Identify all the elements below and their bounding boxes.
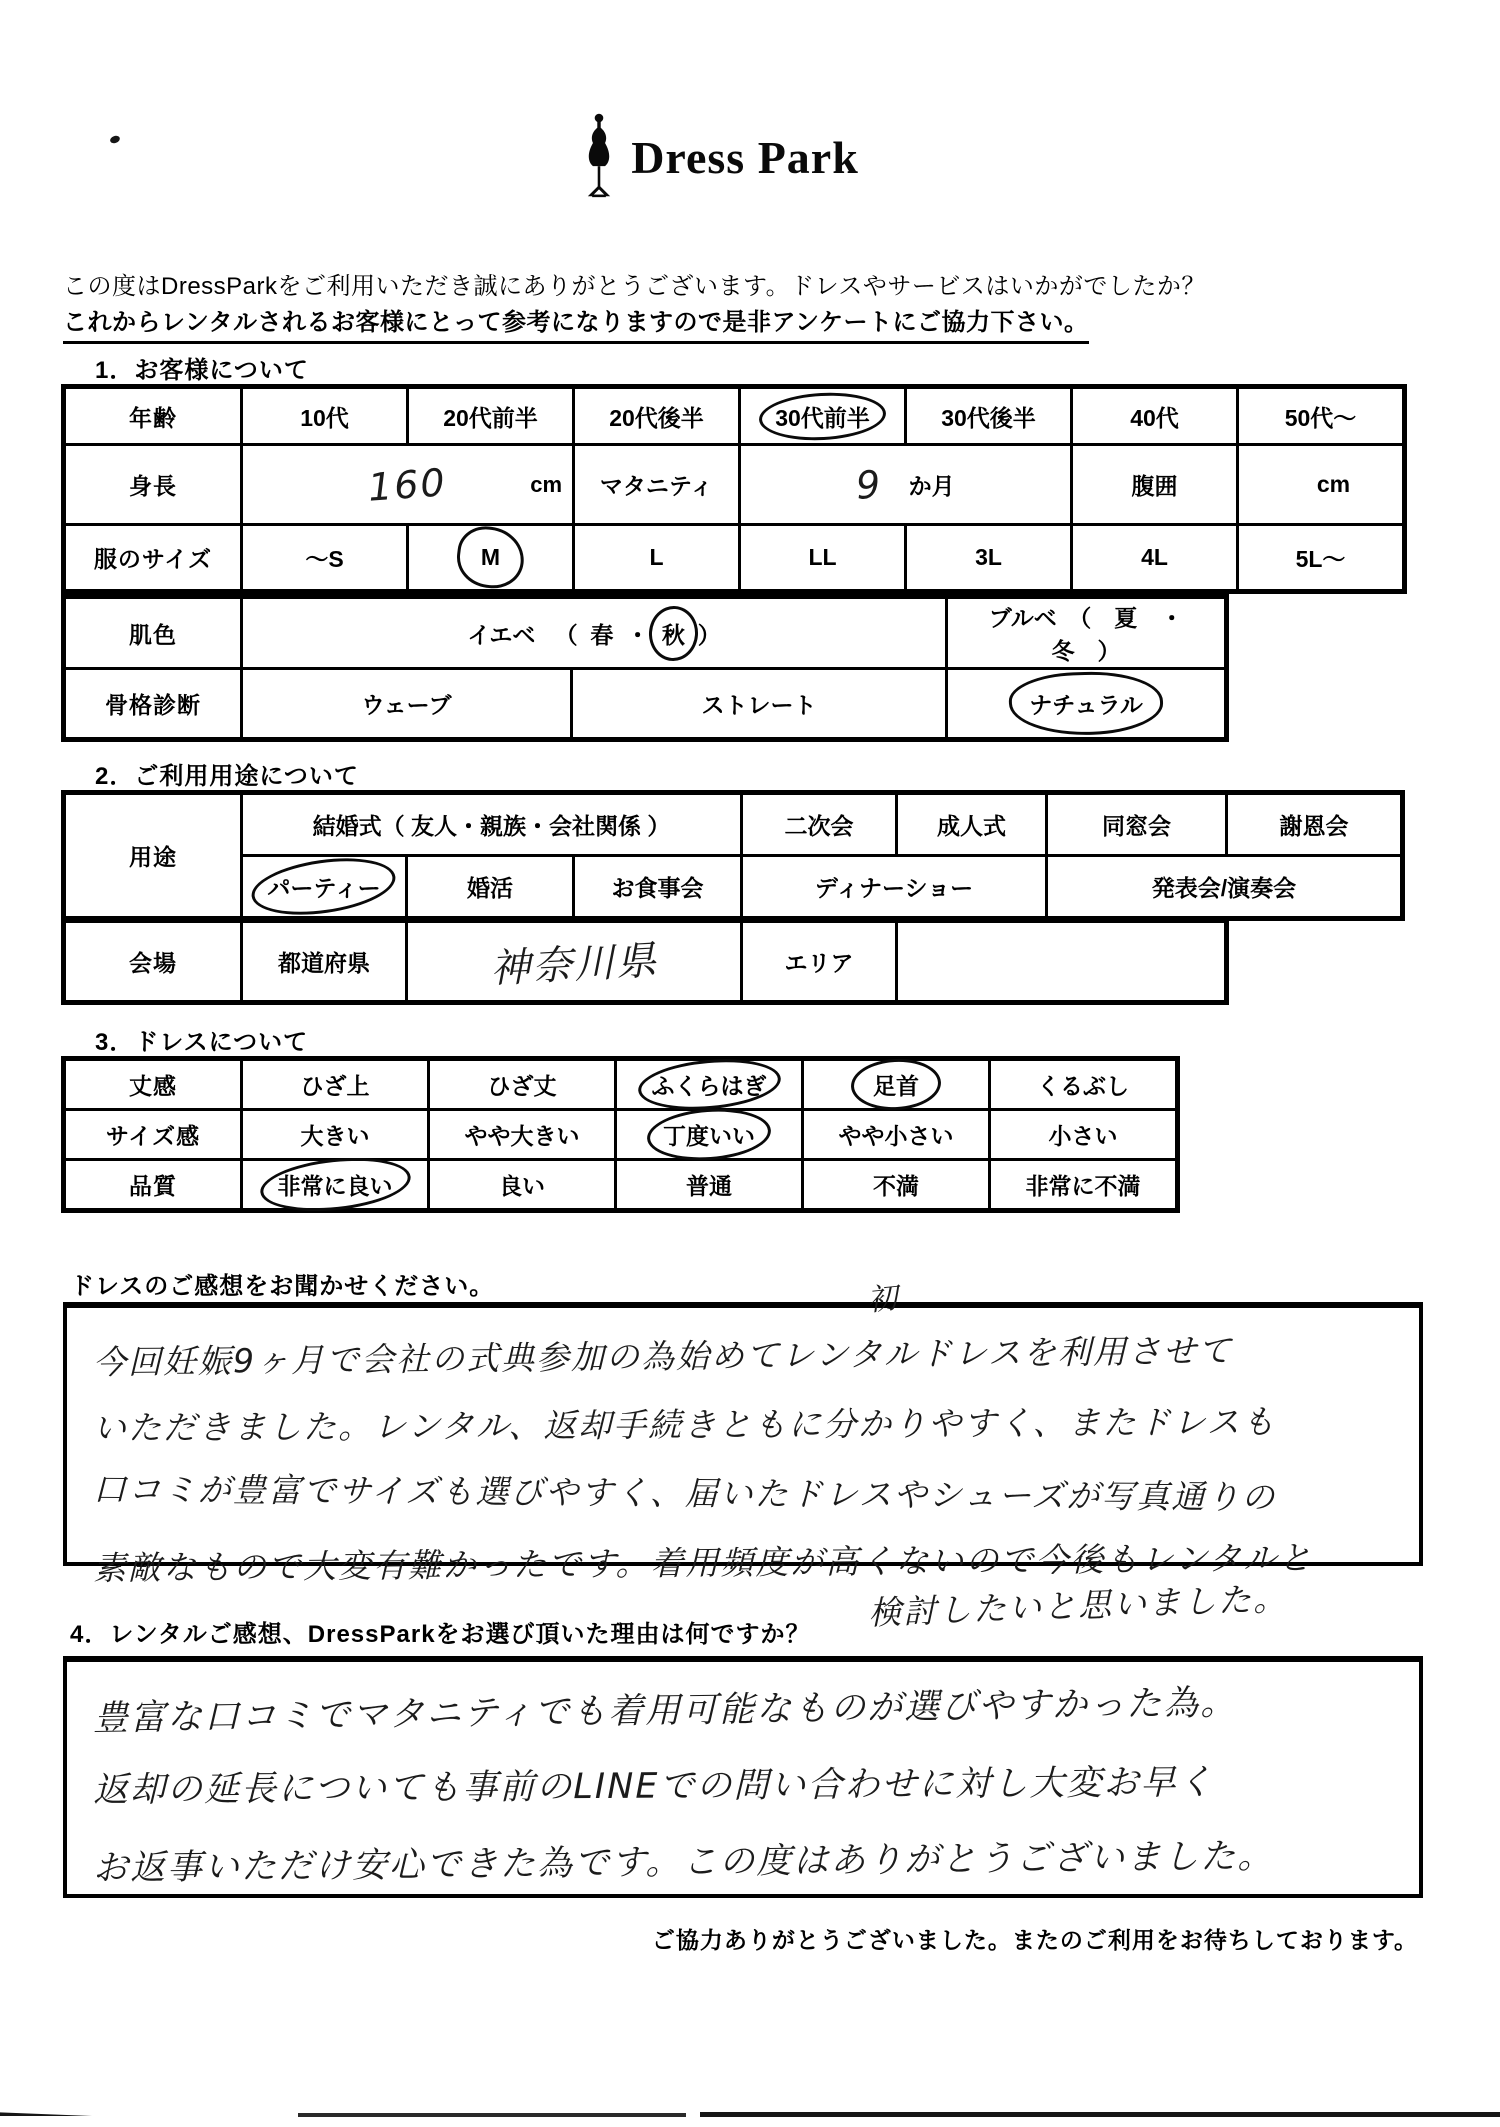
section3-title: 3．ドレスについて (95, 1022, 308, 1057)
fit-row: サイズ感 大きい やや大きい 丁度いい やや小さい 小さい (65, 1110, 1177, 1160)
handwritten-line: 豊富な口コミでマタニティでも着用可能なものが選びやすかった為。 (93, 1673, 1394, 1741)
height-row: 身長 160 cm マタニティ 9 か月 腹囲 cm (65, 445, 1404, 525)
fit-option: 大きい (301, 1123, 370, 1149)
fit-option: 小さい (1049, 1123, 1118, 1149)
fit-option: やや大きい (465, 1123, 580, 1149)
customer-table-sub: 肌色 イエベ （ 春 ・ 秋 ） ブルベ （ 夏 ・ 冬 ） 骨格診断 ウェーブ… (63, 596, 1227, 740)
age-option: 10代 (300, 405, 349, 431)
usage-option: 二次会 (785, 813, 854, 839)
scan-artifact-line (700, 2112, 1500, 2117)
handwritten-line: 今回妊娠9ヶ月で会社の式典参加の為始めてレンタルドレスを利用させて (93, 1323, 1393, 1384)
skeleton-option: ストレート (702, 692, 817, 718)
length-option: くるぶし (1037, 1073, 1129, 1099)
venue-label: 会場 (65, 922, 242, 1002)
usage-table: 用途 結婚式（ 友人・親族・会社関係 ） 二次会 成人式 同窓会 謝恩会 パーテ… (63, 792, 1403, 919)
age-option: 20代後半 (609, 405, 704, 431)
usage-option-selected: パーティー (267, 870, 380, 903)
skin-spring: 春 (590, 622, 613, 648)
waist-label: 腹囲 (1072, 445, 1238, 525)
height-value-handwritten: 160 (367, 460, 448, 509)
length-option: ひざ丈 (488, 1073, 557, 1099)
usage-label: 用途 (65, 794, 242, 918)
brand-name: Dress Park (631, 131, 859, 184)
size-option: LL (808, 544, 836, 570)
fit-label: サイズ感 (65, 1110, 242, 1160)
age-option: 50代～ (1285, 405, 1357, 431)
area-label: エリア (742, 922, 897, 1002)
skeleton-option: ウェーブ (362, 692, 452, 718)
age-option-selected: 30代前半 (775, 400, 870, 433)
skin-label: 肌色 (65, 598, 242, 669)
age-row: 年齢 10代 20代前半 20代後半 30代前半 30代後半 40代 50代～ (65, 388, 1404, 445)
usage-row-1: 用途 結婚式（ 友人・親族・会社関係 ） 二次会 成人式 同窓会 謝恩会 (65, 794, 1402, 856)
usage-option: 謝恩会 (1280, 813, 1349, 839)
length-option: ひざ上 (301, 1073, 370, 1099)
maternity-unit: か月 (909, 468, 955, 501)
customer-table-main: 年齢 10代 20代前半 20代後半 30代前半 30代後半 40代 50代～ … (63, 386, 1405, 592)
intro-line-1: この度はDressParkをご利用いただき誠にありがとうございます。ドレスやサー… (63, 266, 1206, 301)
age-option: 40代 (1130, 405, 1179, 431)
size-option: 5L～ (1296, 546, 1346, 572)
dress-form-icon (581, 112, 617, 203)
length-row: 丈感 ひざ上 ひざ丈 ふくらはぎ 足首 くるぶし (65, 1060, 1177, 1110)
handwritten-line: お返事いただけ安心できた為です。この度はありがとうございました。 (93, 1827, 1393, 1891)
waist-unit: cm (1317, 471, 1350, 498)
maternity-value-handwritten: 9 (855, 462, 884, 508)
venue-row: 会場 都道府県 神奈川県 エリア (65, 922, 1226, 1002)
length-label: 丈感 (65, 1060, 242, 1110)
skin-autumn-selected: 秋 (662, 617, 685, 650)
size-option: 3L (975, 544, 1002, 570)
size-option: L (649, 544, 663, 570)
venue-table: 会場 都道府県 神奈川県 エリア (63, 920, 1227, 1003)
quality-option: 非常に不満 (1026, 1173, 1141, 1199)
skeleton-row: 骨格診断 ウェーブ ストレート ナチュラル (65, 669, 1226, 739)
dress-table: 丈感 ひざ上 ひざ丈 ふくらはぎ 足首 くるぶし サイズ感 大きい やや大きい … (63, 1058, 1178, 1211)
usage-option: ディナーショー (815, 875, 973, 901)
prefecture-label: 都道府県 (242, 922, 407, 1002)
quality-label: 品質 (65, 1160, 242, 1210)
feedback-box-2: 豊富な口コミでマタニティでも着用可能なものが選びやすかった為。 返却の延長につい… (63, 1656, 1423, 1898)
intro-line-2: これからレンタルされるお客様にとって参考になりますので是非アンケートにご協力下さ… (63, 302, 1089, 344)
quality-option-selected: 非常に良い (278, 1168, 393, 1201)
fit-option-selected: 丁度いい (663, 1118, 755, 1151)
height-label: 身長 (65, 445, 242, 525)
feedback-box-1: 初 今回妊娠9ヶ月で会社の式典参加の為始めてレンタルドレスを利用させて いただき… (63, 1302, 1423, 1566)
size-row: 服のサイズ ～S M L LL 3L 4L 5L～ (65, 525, 1404, 591)
feedback-prompt: ドレスのご感想をお聞かせください。 (70, 1266, 494, 1301)
usage-row-2: パーティー 婚活 お食事会 ディナーショー 発表会/演奏会 (65, 856, 1402, 918)
skin-row: 肌色 イエベ （ 春 ・ 秋 ） ブルベ （ 夏 ・ 冬 ） (65, 598, 1226, 669)
quality-option: 普通 (686, 1173, 732, 1199)
skeleton-label: 骨格診断 (65, 669, 242, 739)
height-unit: cm (530, 472, 562, 498)
closing-message: ご協力ありがとうございました。またのご利用をお待ちしております。 (63, 1922, 1418, 1955)
length-option-selected: ふくらはぎ (652, 1068, 767, 1101)
usage-option: 結婚式（ 友人・親族・会社関係 ） (313, 813, 671, 839)
section4-title: 4．レンタルご感想、DressParkをお選び頂いた理由は何ですか？ (70, 1614, 811, 1649)
scanned-survey-page: Dress Park この度はDressParkをご利用いただき誠にありがとうご… (0, 0, 1500, 2127)
age-option: 30代後半 (941, 405, 1036, 431)
handwritten-line: 返却の延長についても事前のLINEでの問い合わせに対し大変お早く (93, 1753, 1393, 1812)
size-option: 4L (1141, 544, 1168, 570)
quality-option: 良い (499, 1173, 545, 1199)
section2-title: 2．ご利用用途について (95, 756, 359, 791)
usage-option: 同窓会 (1102, 813, 1171, 839)
prefecture-value-handwritten: 神奈川県 (489, 929, 660, 995)
usage-option: 成人式 (937, 813, 1006, 839)
inserted-char-handwritten: 初 (865, 1272, 901, 1319)
handwritten-line: 口コミが豊富でサイズも選びやすく、届いたドレスやシューズが写真通りの (93, 1463, 1393, 1519)
length-option-selected: 足首 (873, 1068, 919, 1101)
skeleton-option-selected: ナチュラル (1029, 687, 1143, 720)
age-option: 20代前半 (443, 405, 538, 431)
age-label: 年齢 (65, 388, 242, 445)
scan-artifact-line (0, 2108, 92, 2116)
skin-paren: ） (698, 622, 721, 648)
usage-option: 婚活 (467, 875, 513, 901)
usage-option: お食事会 (612, 875, 704, 901)
skin-cool: ブルベ （ 夏 ・ 冬 ） (947, 598, 1226, 669)
size-option: ～S (305, 546, 343, 572)
handwritten-line: いただきました。レンタル、返却手続きともに分かりやすく、またドレスも (93, 1396, 1393, 1450)
scan-artifact-line (298, 2113, 686, 2117)
skin-paren: （ (555, 622, 578, 648)
section1-title: 1．お客様について (95, 350, 309, 385)
maternity-label: マタニティ (574, 445, 740, 525)
quality-row: 品質 非常に良い 良い 普通 不満 非常に不満 (65, 1160, 1177, 1210)
fit-option: やや小さい (839, 1123, 954, 1149)
quality-option: 不満 (873, 1173, 919, 1199)
size-label: 服のサイズ (65, 525, 242, 591)
skin-dot: ・ (626, 622, 649, 648)
size-option-selected: M (481, 544, 500, 571)
usage-option: 発表会/演奏会 (1152, 875, 1296, 901)
skin-warm: イエベ (467, 622, 535, 648)
logo: Dress Park (0, 112, 1500, 203)
